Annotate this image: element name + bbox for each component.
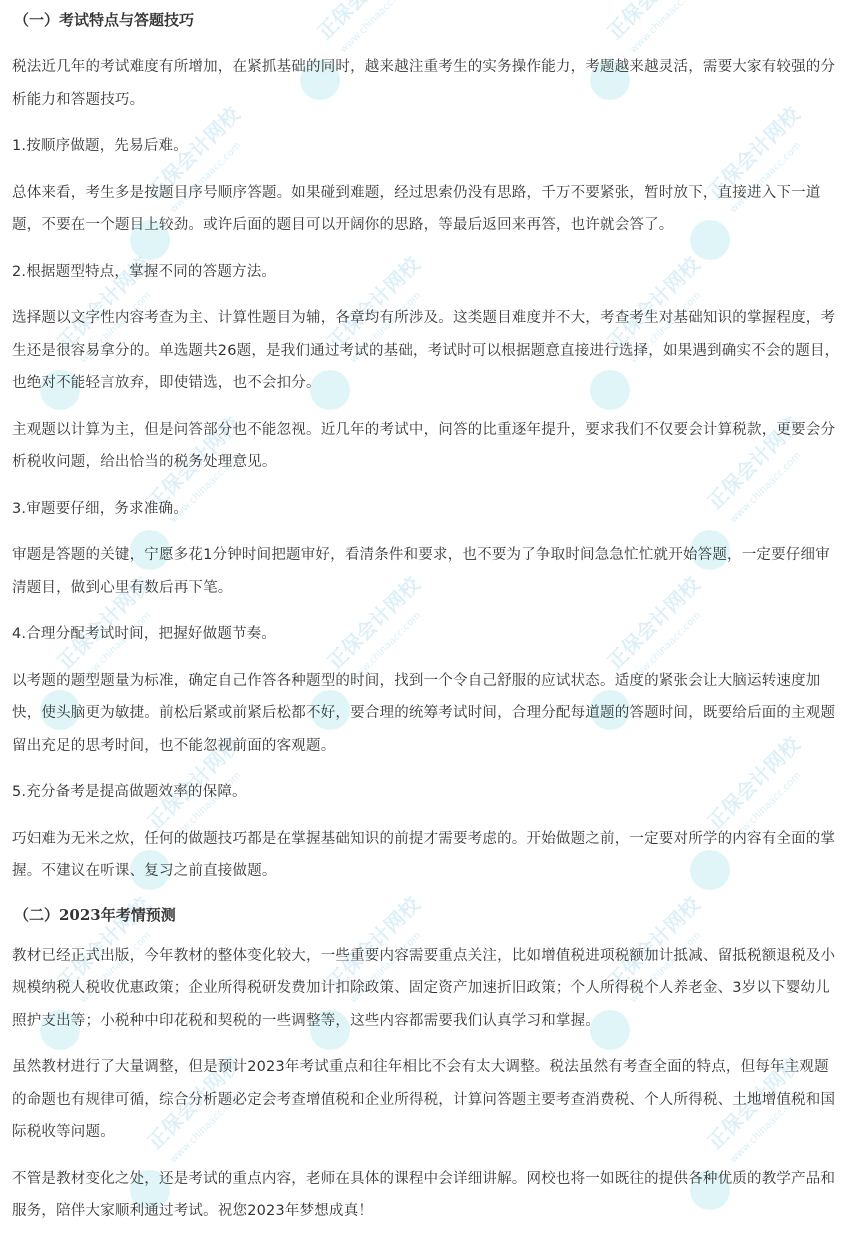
forecast-paragraph-2: 虽然教材进行了大量调整，但是预计2023年考试重点和往年相比不会有太大调整。税法… <box>12 1051 843 1149</box>
tip-body-2a: 选择题以文字性内容考查为主、计算性题目为辅，各章均有所涉及。这类题目难度并不大，… <box>12 302 843 400</box>
forecast-paragraph-1: 教材已经正式出版，今年教材的整体变化较大，一些重要内容需要重点关注，比如增值税进… <box>12 940 843 1038</box>
tip-title-1: 1.按顺序做题，先易后难。 <box>12 130 843 163</box>
tip-title-2: 2.根据题型特点，掌握不同的答题方法。 <box>12 256 843 289</box>
section-heading-2023-forecast: （二）2023年考情预测 <box>12 904 843 926</box>
section-heading-exam-tips: （一）考试特点与答题技巧 <box>12 0 843 31</box>
tip-title-3: 3.审题要仔细，务求准确。 <box>12 493 843 526</box>
tip-body-3: 审题是答题的关键，宁愿多花1分钟时间把题审好，看清条件和要求，也不要为了争取时间… <box>12 539 843 604</box>
tip-body-5: 巧妇难为无米之炊，任何的做题技巧都是在掌握基础知识的前提才需要考虑的。开始做题之… <box>12 823 843 888</box>
article-body: （一）考试特点与答题技巧 税法近几年的考试难度有所增加，在紧抓基础的同时，越来越… <box>0 0 851 1228</box>
tip-title-5: 5.充分备考是提高做题效率的保障。 <box>12 776 843 809</box>
paragraph-intro: 税法近几年的考试难度有所增加，在紧抓基础的同时，越来越注重考生的实务操作能力，考… <box>12 51 843 116</box>
tip-body-1: 总体来看，考生多是按题目序号顺序答题。如果碰到难题，经过思索仍没有思路，千万不要… <box>12 177 843 242</box>
tip-body-2b: 主观题以计算为主，但是问答部分也不能忽视。近几年的考试中，问答的比重逐年提升，要… <box>12 414 843 479</box>
tip-title-4: 4.合理分配考试时间，把握好做题节奏。 <box>12 618 843 651</box>
tip-body-4: 以考题的题型题量为标准，确定自己作答各种题型的时间，找到一个令自己舒服的应试状态… <box>12 665 843 763</box>
forecast-paragraph-3: 不管是教材变化之处，还是考试的重点内容，老师在具体的课程中会详细讲解。网校也将一… <box>12 1163 843 1228</box>
